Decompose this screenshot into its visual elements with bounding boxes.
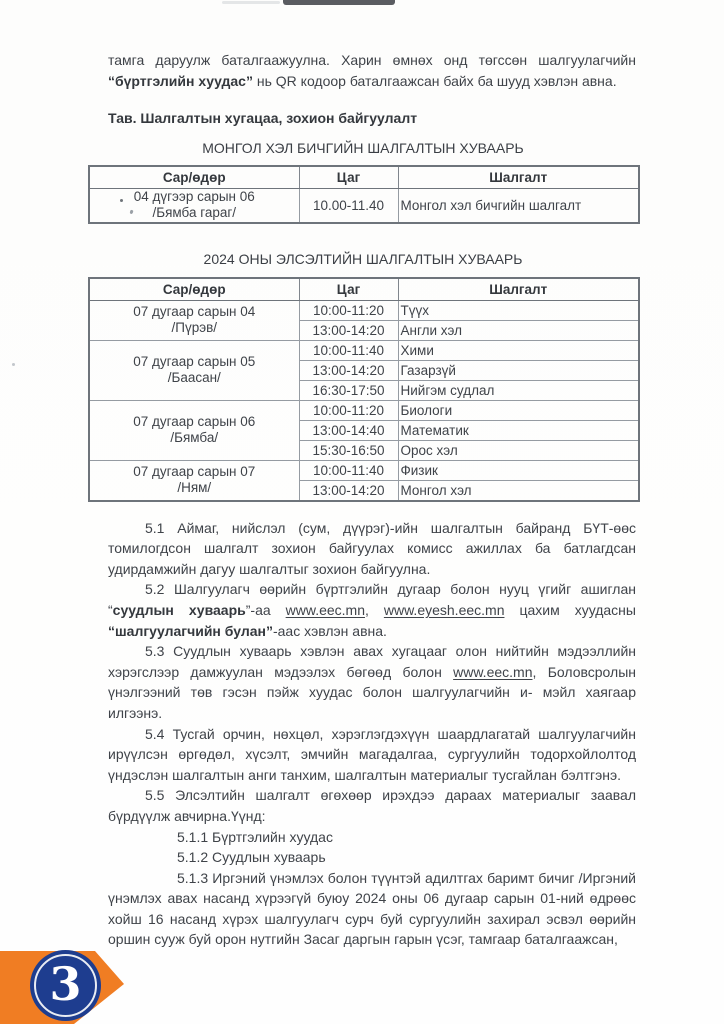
table2-header-time: Цаг bbox=[299, 278, 398, 301]
date-group-jul05: 07 дугаар сарын 05 /Баасан/ bbox=[89, 340, 299, 400]
subject-cell: Англи хэл bbox=[398, 320, 639, 340]
table1-header-exam: Шалгалт bbox=[398, 166, 639, 189]
table1-date-cell: 04 дүгээр сарын 06 /Бямба гараг/ bbox=[89, 188, 299, 223]
list-item-5-1-1: 5.1.1 Бүртгэлийн хуудас bbox=[88, 827, 638, 848]
time-cell: 16:30-17:50 bbox=[299, 380, 398, 400]
time-cell: 13:00-14:40 bbox=[299, 420, 398, 440]
table1-data-row: 04 дүгээр сарын 06 /Бямба гараг/ 10.00-1… bbox=[89, 188, 639, 223]
scan-smudge-light bbox=[222, 1, 280, 4]
time-cell: 10:00-11:20 bbox=[299, 400, 398, 420]
table1-date: 04 дүгээр сарын 06 bbox=[92, 189, 297, 206]
table-row: 07 дугаар сарын 05 /Баасан/ 10:00-11:40 … bbox=[89, 340, 639, 360]
clause-5-4: 5.4 Тусгай орчин, нөхцөл, хэрэглэгдэхүүн… bbox=[88, 724, 638, 786]
clause-5-2: 5.2 Шалгуулагч өөрийн бүртгэлийн дугаар … bbox=[88, 579, 638, 641]
examinee-corner-bold: “шалгуулагчийн булан” bbox=[108, 623, 273, 639]
date-group-jul04: 07 дугаар сарын 04 /Пүрэв/ bbox=[89, 300, 299, 340]
table1-subject-cell: Монгол хэл бичгийн шалгалт bbox=[398, 188, 639, 223]
table1-time-cell: 10.00-11.40 bbox=[299, 188, 398, 223]
intro-text-pre: тамга даруулж баталгаажуулна. Харин өмнө… bbox=[108, 52, 636, 68]
link-eyesh-eec-mn: www.eyesh.eec.mn bbox=[384, 602, 505, 618]
table-row: 07 дугаар сарын 07 /Ням/ 10:00-11:40 Физ… bbox=[89, 460, 639, 480]
intro-paragraph: тамга даруулж баталгаажуулна. Харин өмнө… bbox=[88, 50, 638, 92]
table2-header-date: Сар/өдөр bbox=[89, 278, 299, 301]
time-cell: 10:00-11:40 bbox=[299, 460, 398, 480]
subject-cell: Биологи bbox=[398, 400, 639, 420]
page-number-badge: 3 bbox=[0, 948, 134, 1024]
link-eec-mn-2: www.eec.mn bbox=[453, 664, 532, 680]
table1-header-date: Сар/өдөр bbox=[89, 166, 299, 189]
document-content: тамга даруулж баталгаажуулна. Харин өмнө… bbox=[88, 50, 638, 950]
clauses-section: 5.1 Аймаг, нийслэл (сум, дүүрэг)-ийн шал… bbox=[88, 518, 638, 950]
table2-header-exam: Шалгалт bbox=[398, 278, 639, 301]
page-number-circle: 3 bbox=[30, 950, 101, 1021]
scan-dot-artifact bbox=[120, 199, 123, 202]
subject-cell: Орос хэл bbox=[398, 440, 639, 460]
intro-bold-term: “бүртгэлийн хуудас” bbox=[108, 73, 253, 89]
date-group-jul06: 07 дугаар сарын 06 /Бямба/ bbox=[89, 400, 299, 460]
date-group-jul07: 07 дугаар сарын 07 /Ням/ bbox=[89, 460, 299, 501]
page-number: 3 bbox=[49, 961, 81, 1007]
intro-text-post: нь QR кодоор баталгаажсан байх ба шууд х… bbox=[253, 73, 617, 89]
clause-5-3: 5.3 Суудлын хуваарь хэвлэн авах хугацааг… bbox=[88, 641, 638, 723]
subject-cell: Нийгэм судлал bbox=[398, 380, 639, 400]
section-heading: Тав. Шалгалтын хугацаа, зохион байгуулал… bbox=[88, 108, 638, 129]
table1-title: МОНГОЛ ХЭЛ БИЧГИЙН ШАЛГАЛТЫН ХУВААРЬ bbox=[88, 139, 638, 158]
list-item-5-1-2: 5.1.2 Суудлын хуваарь bbox=[88, 847, 638, 868]
time-cell: 13:00-14:20 bbox=[299, 360, 398, 380]
subject-cell: Газарзүй bbox=[398, 360, 639, 380]
subject-cell: Математик bbox=[398, 420, 639, 440]
mongolian-language-exam-table: Сар/өдөр Цаг Шалгалт 04 дүгээр сарын 06 … bbox=[88, 165, 640, 224]
time-cell: 13:00-14:20 bbox=[299, 480, 398, 501]
subject-cell: Түүх bbox=[398, 300, 639, 320]
time-cell: 13:00-14:20 bbox=[299, 320, 398, 340]
table1-header-row: Сар/өдөр Цаг Шалгалт bbox=[89, 166, 639, 189]
time-cell: 15:30-16:50 bbox=[299, 440, 398, 460]
subject-cell: Хими bbox=[398, 340, 639, 360]
clause-5-1-3: 5.1.3 Иргэний үнэмлэх болон түүнтэй адил… bbox=[88, 868, 638, 950]
scan-smudge-dark bbox=[283, 0, 395, 5]
table1-day: /Бямба гараг/ bbox=[92, 205, 297, 222]
time-cell: 10:00-11:20 bbox=[299, 300, 398, 320]
seat-schedule-bold: суудлын хуваарь bbox=[113, 602, 246, 618]
table-row: 07 дугаар сарын 04 /Пүрэв/ 10:00-11:20 Т… bbox=[89, 300, 639, 320]
scan-margin-dot bbox=[12, 363, 15, 366]
subject-cell: Монгол хэл bbox=[398, 480, 639, 501]
admission-exam-schedule-table: Сар/өдөр Цаг Шалгалт 07 дугаар сарын 04 … bbox=[88, 277, 640, 502]
table2-header-row: Сар/өдөр Цаг Шалгалт bbox=[89, 278, 639, 301]
time-cell: 10:00-11:40 bbox=[299, 340, 398, 360]
clause-5-5: 5.5 Элсэлтийн шалгалт өгөхөөр ирэхдээ да… bbox=[88, 785, 638, 826]
table2-title: 2024 ОНЫ ЭЛСЭЛТИЙН ШАЛГАЛТЫН ХУВААРЬ bbox=[88, 250, 638, 269]
table-row: 07 дугаар сарын 06 /Бямба/ 10:00-11:20 Б… bbox=[89, 400, 639, 420]
link-eec-mn: www.eec.mn bbox=[286, 602, 365, 618]
subject-cell: Физик bbox=[398, 460, 639, 480]
clause-5-1: 5.1 Аймаг, нийслэл (сум, дүүрэг)-ийн шал… bbox=[88, 518, 638, 580]
scanned-document-page: тамга даруулж баталгаажуулна. Харин өмнө… bbox=[0, 0, 724, 1024]
table1-header-time: Цаг bbox=[299, 166, 398, 189]
